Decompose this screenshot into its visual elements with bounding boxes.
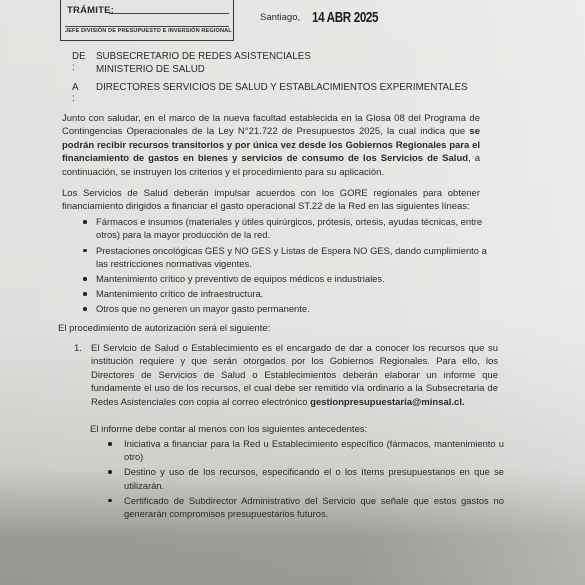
intro-paragraph: Junto con saludar, en el marco de la nue… xyxy=(62,112,480,179)
report-requirements-list: Iniciativa a financiar para la Red u Est… xyxy=(100,437,504,522)
list-item: Mantenimiento crítico y preventivo de eq… xyxy=(80,272,500,285)
contact-email: gestionpresupuestaria@minsal.cl. xyxy=(310,397,464,408)
procedure-intro: El procedimiento de autorización será el… xyxy=(58,322,476,335)
financing-lines-list: Fármacos e insumos (materiales y útiles … xyxy=(80,215,500,317)
step-number: 1. xyxy=(74,342,82,355)
date-stamp: 14 ABR 2025 xyxy=(312,9,378,26)
list-item: Fármacos e insumos (materiales y útiles … xyxy=(80,215,500,242)
step-text: El Servicio de Salud o Establecimiento e… xyxy=(91,342,498,409)
from-line-1: SUBSECRETARIO DE REDES ASISTENCIALES xyxy=(96,51,311,62)
procedure-step-1: 1. El Servicio de Salud o Establecimient… xyxy=(74,342,498,409)
list-item: Otros que no generen un mayor gasto perm… xyxy=(80,302,500,315)
intro-text-1: Junto con saludar, en el marco de la nue… xyxy=(62,113,480,137)
from-line-2: MINISTERIO DE SALUD xyxy=(96,64,205,75)
to-key: A : xyxy=(72,82,78,104)
signature-line xyxy=(65,26,229,27)
from-key: DE : xyxy=(72,51,86,73)
tramite-blank-line xyxy=(109,13,229,14)
list-item: Prestaciones oncológicas GES y NO GES y … xyxy=(80,244,500,271)
tramite-stamp-box: TRÁMITE: JEFE DIVISIÓN DE PRESUPUESTO E … xyxy=(60,0,234,41)
tramite-caption: JEFE DIVISIÓN DE PRESUPUESTO E INVERSIÓN… xyxy=(65,28,232,34)
place-label: Santiago, xyxy=(260,12,300,23)
list-item: Certificado de Subdirector Administrativ… xyxy=(100,494,504,520)
lines-intro-paragraph: Los Servicios de Salud deberán impulsar … xyxy=(62,187,480,214)
report-intro: El informe debe contar al menos con los … xyxy=(90,424,367,435)
tramite-label: TRÁMITE: xyxy=(67,5,114,16)
list-item: Iniciativa a financiar para la Red u Est… xyxy=(100,437,504,463)
list-item: Mantenimiento crítico de infraestructura… xyxy=(80,287,500,300)
list-item: Destino y uso de los recursos, especific… xyxy=(100,465,504,491)
to-line-1: DIRECTORES SERVICIOS DE SALUD Y ESTABLAC… xyxy=(96,82,468,93)
